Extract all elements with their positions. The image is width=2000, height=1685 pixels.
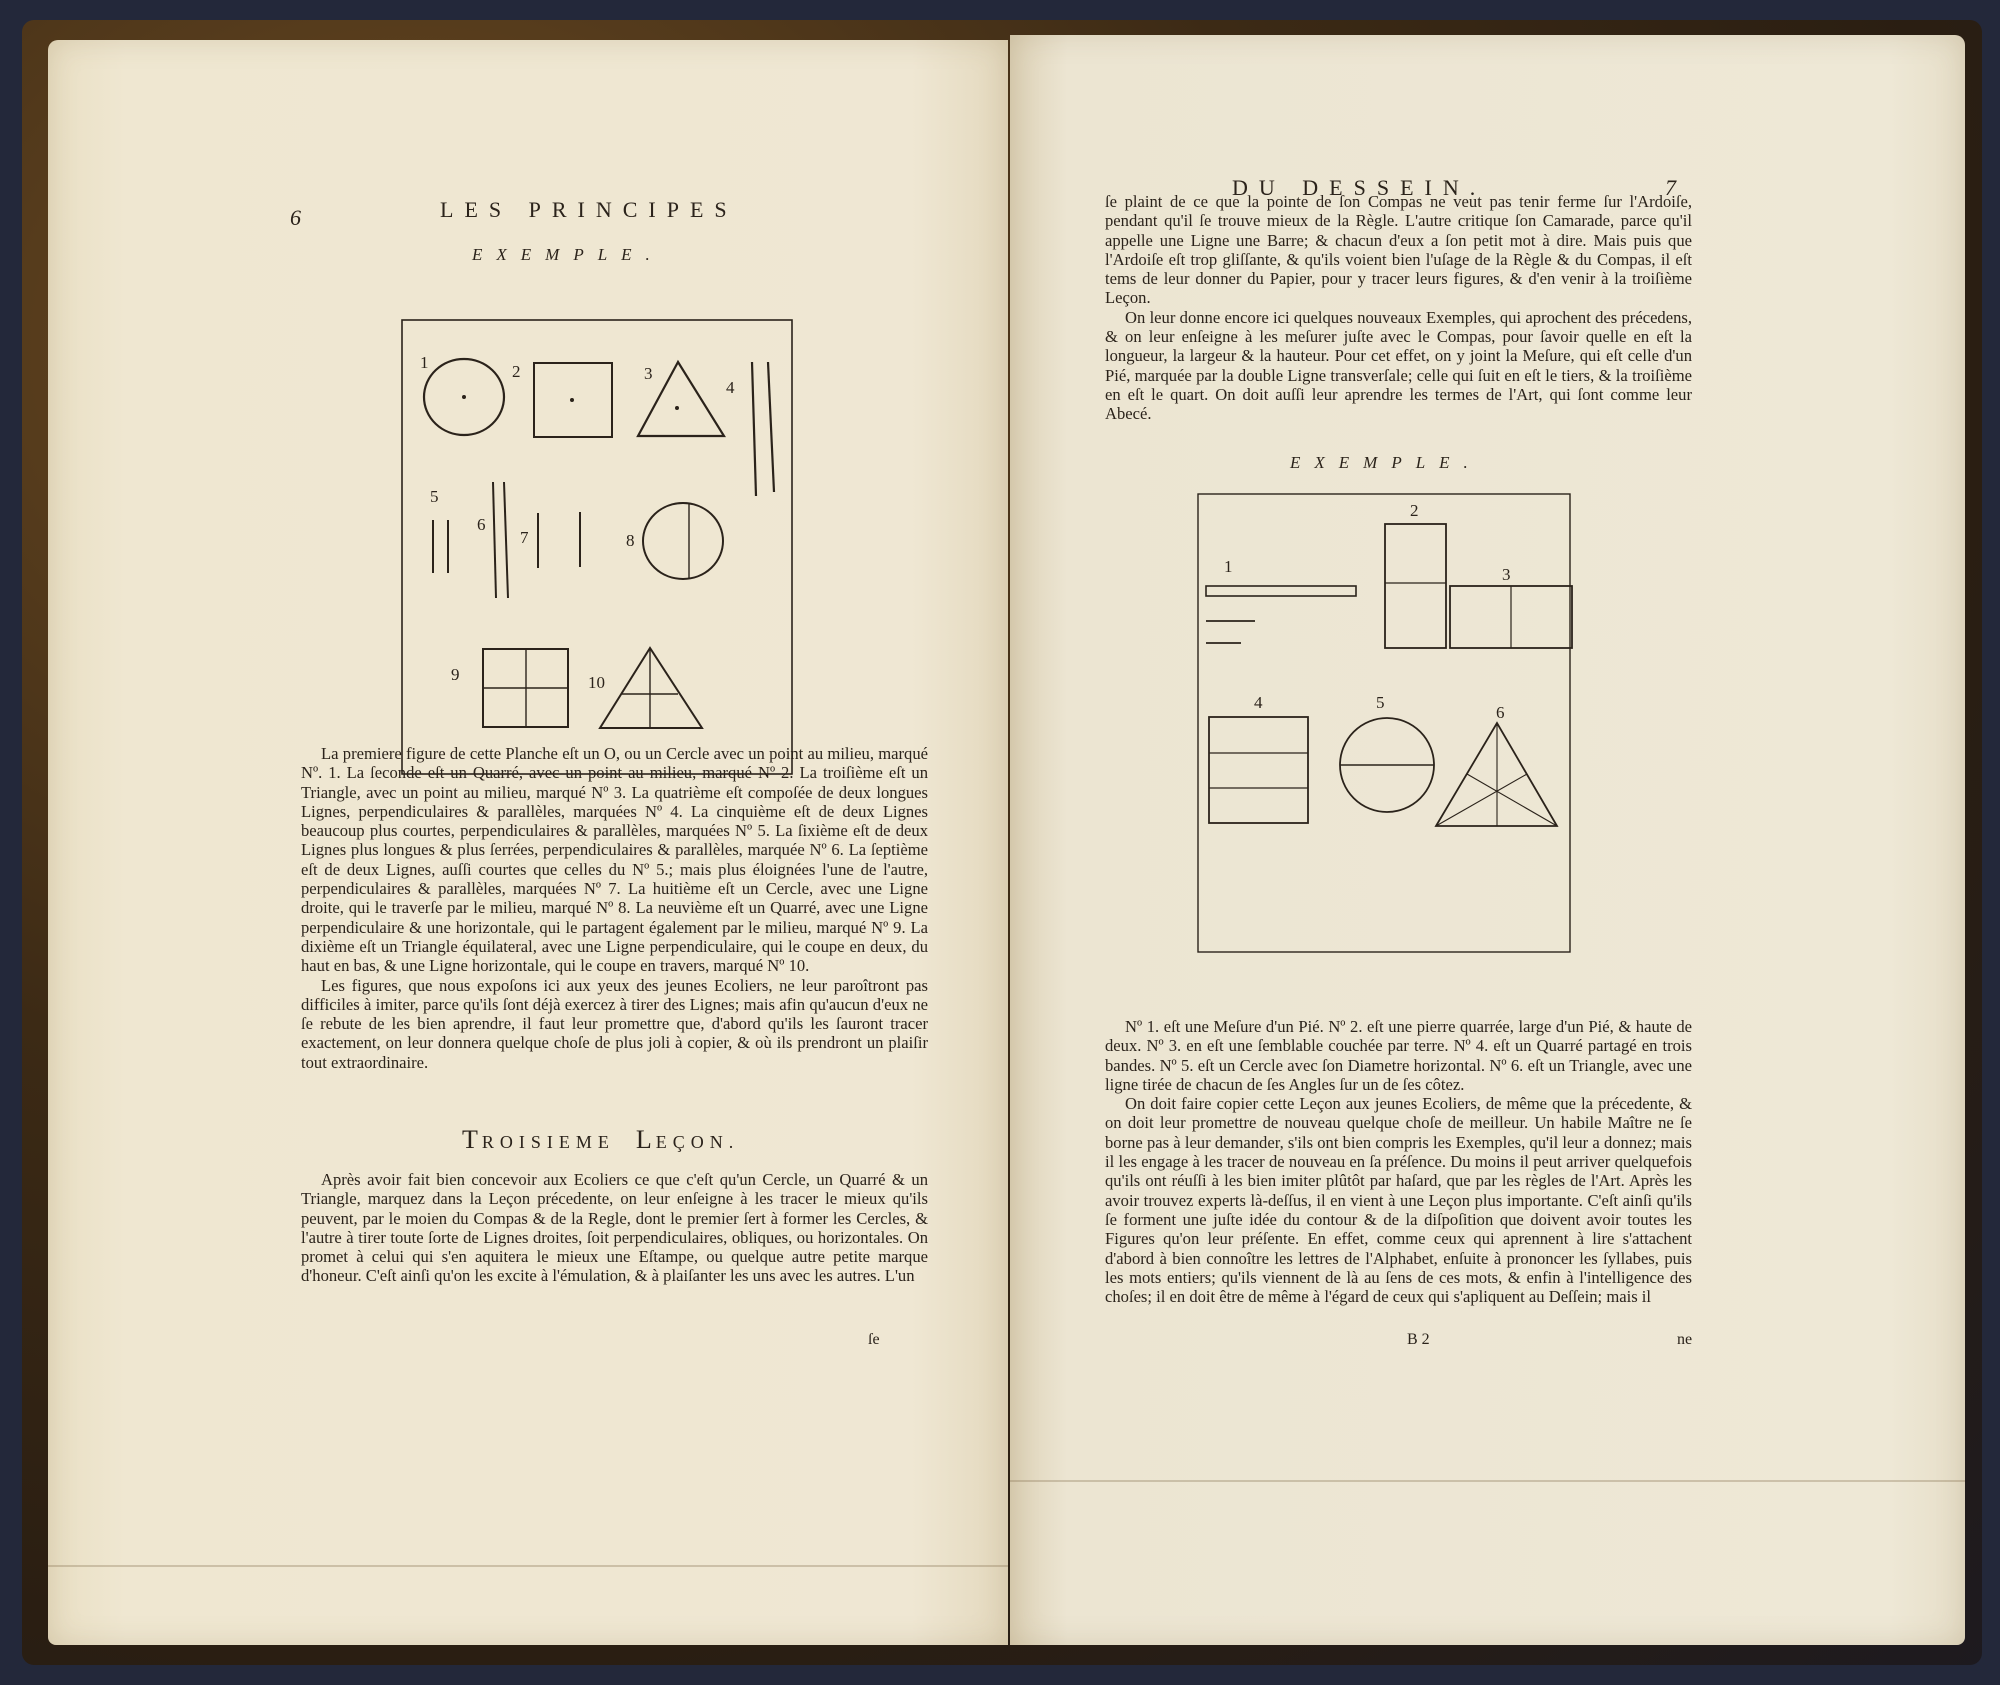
- title-smallcaps: EÇON.: [656, 1132, 740, 1152]
- paragraph: On leur donne encore ici quelques nouvea…: [1105, 308, 1692, 424]
- svg-text:10: 10: [588, 673, 605, 692]
- example-heading: EXEMPLE.: [1290, 453, 1482, 473]
- svg-text:1: 1: [1224, 557, 1233, 576]
- geometry-plate-figures-1-10: 1 2 3 4 5 6 7 8 9 10: [400, 280, 816, 780]
- svg-text:5: 5: [1376, 693, 1385, 712]
- svg-text:8: 8: [626, 531, 635, 550]
- svg-text:6: 6: [477, 515, 486, 534]
- svg-text:4: 4: [1254, 693, 1263, 712]
- lesson-text: Après avoir fait bien concevoir aux Ecol…: [301, 1170, 928, 1286]
- plate-description-text: Nº 1. eſt une Meſure d'un Pié. Nº 2. eſt…: [1105, 1017, 1692, 1306]
- paragraph: Nº 1. eſt une Meſure d'un Pié. Nº 2. eſt…: [1105, 1017, 1692, 1094]
- svg-text:6: 6: [1496, 703, 1505, 722]
- svg-text:1: 1: [420, 353, 429, 372]
- geometry-plate-figures-1-6: 1 2 3 4 5 6: [1196, 490, 1596, 990]
- example-heading: EXEMPLE.: [472, 245, 664, 265]
- svg-text:2: 2: [1410, 501, 1419, 520]
- svg-text:3: 3: [1502, 565, 1511, 584]
- svg-text:7: 7: [520, 528, 529, 547]
- page-edge-line: [48, 1565, 1008, 1567]
- paragraph: La premiere figure de cette Planche eſt …: [301, 744, 928, 976]
- page-number: 6: [290, 205, 301, 231]
- catchword: ne: [1677, 1331, 1692, 1349]
- catchword: ſe: [868, 1331, 880, 1349]
- running-head: LES PRINCIPES: [440, 197, 738, 223]
- plate-description-text: La premiere figure de cette Planche eſt …: [301, 744, 928, 1072]
- paragraph: Après avoir fait bien concevoir aux Ecol…: [301, 1170, 928, 1286]
- section-title-troisieme-lecon: TROISIEME LEÇON.: [462, 1125, 739, 1155]
- svg-text:3: 3: [644, 364, 653, 383]
- title-initial: T: [462, 1125, 482, 1154]
- svg-text:9: 9: [451, 665, 460, 684]
- svg-text:5: 5: [430, 487, 439, 506]
- signature-mark: B 2: [1407, 1331, 1430, 1349]
- left-page: 6 LES PRINCIPES EXEMPLE. 1 2 3 4 5 6 7 8: [48, 40, 1008, 1645]
- right-page: DU DESSEIN. 7 ſe plaint de ce que la poi…: [1010, 35, 1965, 1645]
- title-smallcaps: ROISIEME: [482, 1132, 615, 1152]
- title-initial: L: [636, 1125, 656, 1154]
- paragraph: ſe plaint de ce que la pointe de ſon Com…: [1105, 192, 1692, 308]
- paragraph: Les figures, que nous expoſons ici aux y…: [301, 976, 928, 1072]
- page-edge-line: [1010, 1480, 1965, 1482]
- svg-text:2: 2: [512, 362, 521, 381]
- continued-text: ſe plaint de ce que la pointe de ſon Com…: [1105, 192, 1692, 424]
- svg-text:4: 4: [726, 378, 735, 397]
- paragraph: On doit faire copier cette Leçon aux jeu…: [1105, 1094, 1692, 1306]
